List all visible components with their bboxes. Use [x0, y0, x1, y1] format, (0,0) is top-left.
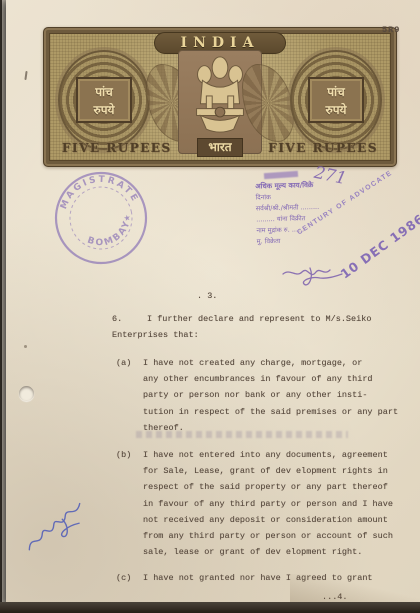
declaration-line-2: Enterprises that:: [112, 327, 371, 343]
document-page: INDIA पांच रुपये: [6, 0, 420, 604]
declaration-line-1: 6.I further declare and represent to M/s…: [112, 311, 371, 327]
magistrate-round-seal: MAGISTRATE BOMBAY ★: [44, 161, 158, 275]
typed-line: party or person nor bank or any other in…: [143, 387, 398, 403]
ink-smudge: [264, 171, 298, 179]
left-rosette: पांच रुपये: [58, 50, 150, 150]
denomination-hindi-left: पांच रुपये: [76, 77, 132, 123]
typed-line: respect of the said property or any part…: [143, 479, 393, 495]
vendor-line: मु. विक्रेता: [257, 233, 375, 247]
bharat-label: भारत: [197, 138, 242, 157]
clause-number: 6.: [112, 311, 147, 327]
clause-a: (a) I have not created any charge, mortg…: [116, 355, 398, 436]
stamp-paper-engraving: INDIA पांच रुपये: [49, 33, 391, 161]
typed-line: in favour of any third party or person a…: [143, 496, 393, 512]
clause-c-label: (c): [116, 570, 131, 586]
serial-mark: 5R9: [382, 22, 400, 38]
typed-line: thereof.: [143, 420, 398, 436]
denom-line1: पांच: [310, 83, 362, 101]
clause-a-label: (a): [116, 355, 131, 371]
denom-line2: रुपये: [78, 101, 130, 119]
denom-line1: पांच: [78, 83, 130, 101]
stamp-vendor-endorsement: अधिक मूल्य काय/विक्रे दिनांक सर्वश्री/श्…: [255, 178, 375, 247]
declaration-paragraph: 6.I further declare and represent to M/s…: [112, 311, 371, 343]
clause-b: (b) I have not entered into any document…: [116, 447, 393, 560]
typed-line: any other encumbrances in favour of any …: [143, 371, 398, 387]
seal-arc-top-text: MAGISTRATE: [54, 167, 141, 220]
declaration-text: I further declare and represent to M/s.S…: [147, 314, 371, 324]
right-rosette: पांच रुपये: [290, 50, 382, 150]
vendor-signature: [280, 258, 346, 288]
typed-line: I have not entered into any documents, a…: [143, 447, 393, 463]
punch-hole: [19, 386, 34, 401]
svg-text:MAGISTRATE: MAGISTRATE: [54, 167, 141, 220]
seal-star: ★: [123, 213, 132, 223]
typed-line: not received any deposit or consideratio…: [143, 512, 393, 528]
ink-speck: [24, 345, 27, 348]
five-rupees-left: FIVE RUPEES: [62, 141, 172, 155]
clause-b-label: (b): [116, 447, 131, 463]
ink-speck: [24, 71, 27, 80]
five-rupees-right: FIVE RUPEES: [268, 141, 378, 155]
typed-line: tution in respect of the said premises o…: [143, 404, 398, 420]
photo-background-edge: [0, 602, 420, 613]
margin-signature: [9, 485, 103, 565]
typed-line: for Sale, Lease, grant of dev elopment r…: [143, 463, 393, 479]
denomination-hindi-right: पांच रुपये: [308, 77, 364, 123]
page-fold-crease: [290, 574, 420, 604]
typed-line: from any third party or person or accoun…: [143, 528, 393, 544]
denom-line2: रुपये: [310, 101, 362, 119]
stamp-paper: INDIA पांच रुपये: [43, 27, 397, 167]
page-number: . 3.: [197, 288, 217, 304]
typed-line: sale, lease or grant of dev elopment rig…: [143, 544, 393, 560]
stamp-bottom-row: FIVE RUPEES भारत FIVE RUPEES: [50, 138, 390, 157]
typed-line: I have not created any charge, mortgage,…: [143, 355, 398, 371]
